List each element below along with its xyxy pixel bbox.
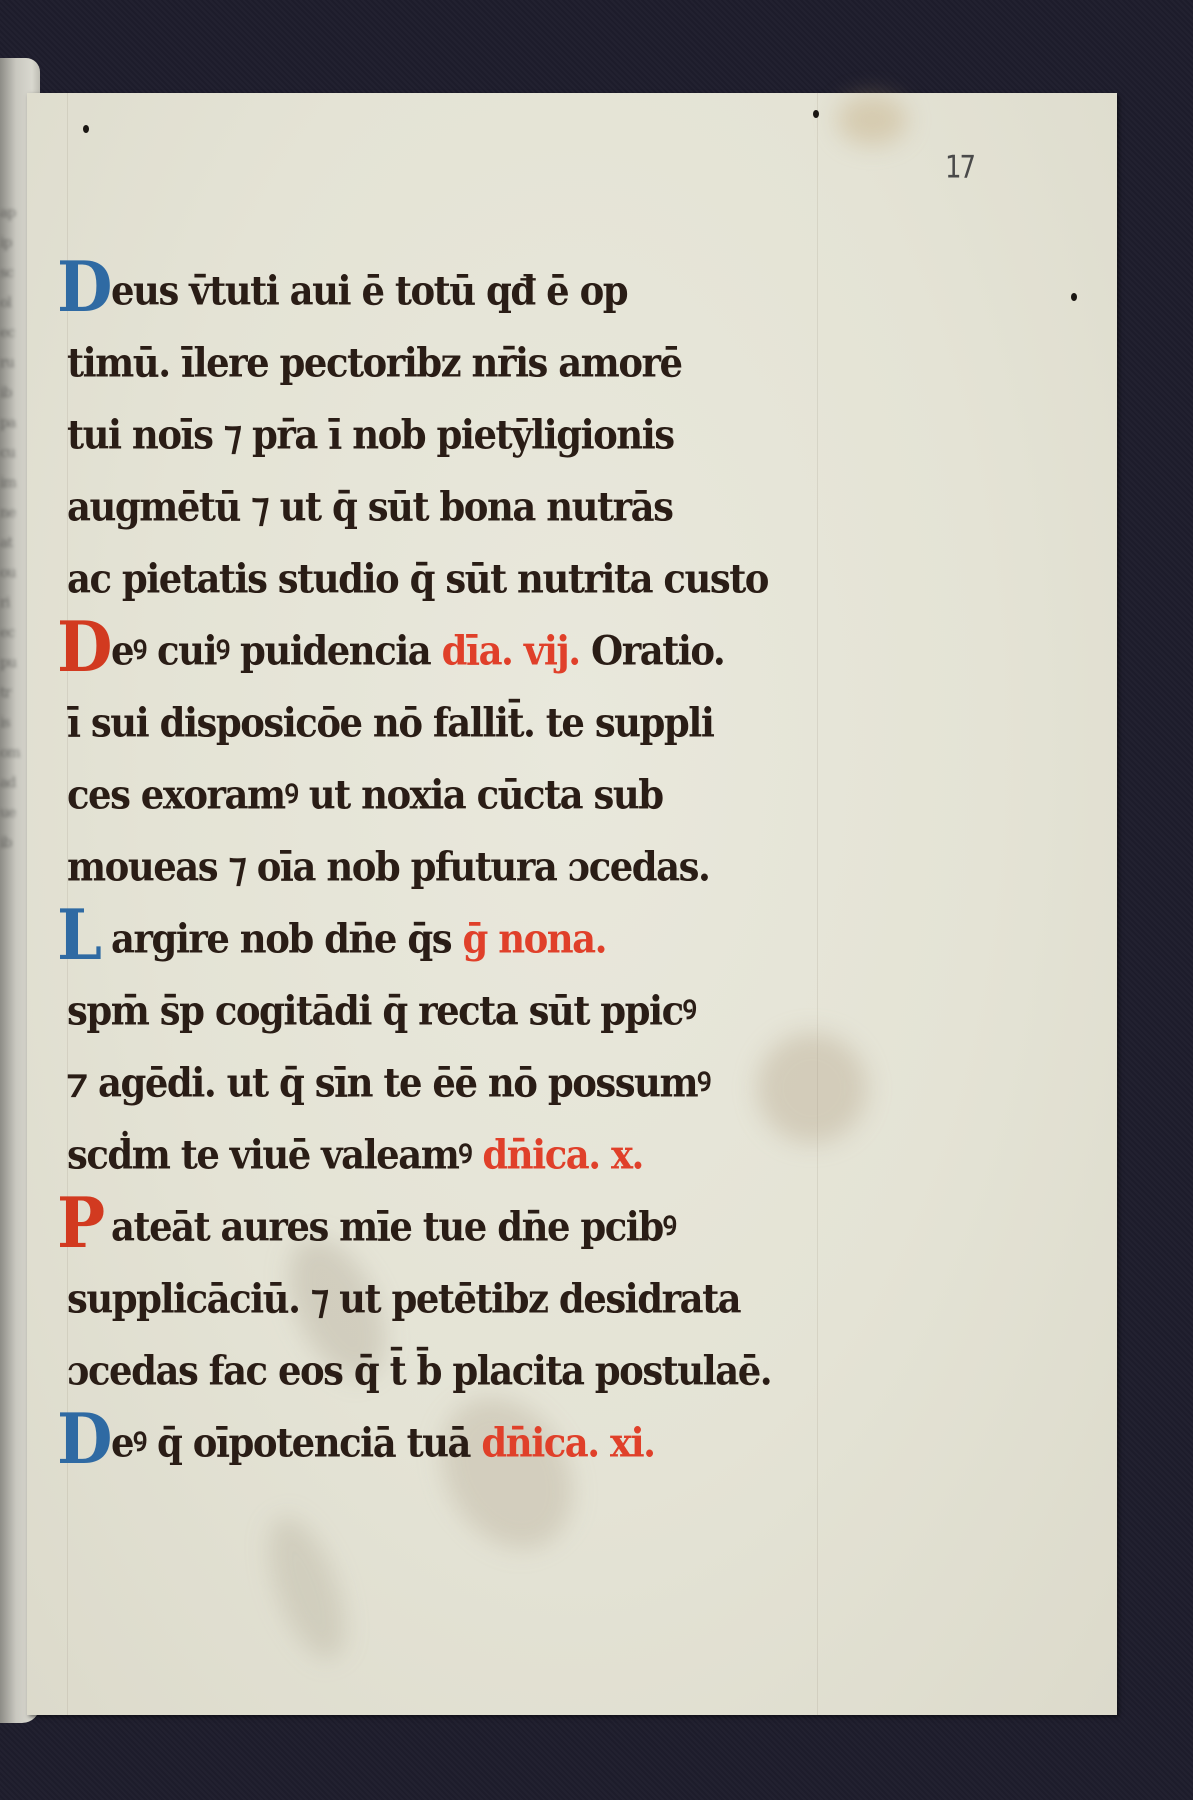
text-line: augmētū ⁊ ut q̄ sūt bona nutrās bbox=[67, 474, 927, 552]
text-line: ces exoramꝰ ut noxia cūcta sub bbox=[67, 762, 927, 840]
decorated-initial: D bbox=[57, 614, 111, 683]
pricking-mark bbox=[813, 110, 819, 118]
decorated-initial: D bbox=[57, 1406, 111, 1475]
stain bbox=[837, 95, 907, 145]
decorated-initial: L bbox=[57, 902, 101, 971]
text-line: supplicāciū. ⁊ ut petētibz desidrata bbox=[67, 1266, 927, 1344]
rubric: dn̄ica. x. bbox=[482, 1131, 643, 1179]
text-line: ⁊ agēdi. ut q̄ sīn te ēē nō possumꝰ bbox=[67, 1050, 927, 1128]
text-line: L argire nob dn̄e q̄s ḡ nona. bbox=[67, 906, 927, 984]
rubric: dīa. vij. bbox=[442, 627, 580, 675]
text-line: ɔcedas fac eos q̄ t̄ b̄ placita postulaē… bbox=[67, 1338, 927, 1416]
folio-number: 17 bbox=[945, 150, 974, 186]
text-line: D eus v̄tuti aui ē totū qđ ē op bbox=[67, 258, 927, 336]
rubric: ḡ nona. bbox=[462, 915, 606, 963]
text-line: scḋm te viuē valeamꝰ dn̄ica. x. bbox=[67, 1122, 927, 1200]
text-line: P ateāt aures mīe tue dn̄e pcibꝰ bbox=[67, 1194, 927, 1272]
text-line: tui noīs ⁊ pr̄a ī nob pietȳligionis bbox=[67, 402, 927, 480]
bleed-through-text: ap ip sc ol ec ru ib pa cu im ne at ou r… bbox=[0, 198, 26, 858]
text-line: ī sui disposicōe nō fallit̄. te suppli bbox=[67, 690, 927, 768]
text-line: D eꝰ cuiꝰ puidencia dīa. vij. Oratio. bbox=[67, 618, 927, 696]
stain bbox=[253, 1507, 361, 1668]
text-line: D eꝰ q̄ oīpotenciā tuā dn̄ica. xi. bbox=[67, 1410, 927, 1488]
manuscript-page: 17 D eus v̄tuti aui ē totū qđ ē op timū.… bbox=[27, 93, 1117, 1715]
decorated-initial: D bbox=[57, 254, 111, 323]
text-line: timū. īlere pectoribz nr̄is amorē bbox=[67, 330, 927, 408]
pricking-mark bbox=[83, 125, 89, 133]
text-line: moueas ⁊ oīa nob pfutura ɔcedas. bbox=[67, 834, 927, 912]
rubric: dn̄ica. xi. bbox=[481, 1419, 654, 1467]
text-line: ac pietatis studio q̄ sūt nutrita custo bbox=[67, 546, 927, 624]
text-line: spm̄ s̄p cogitādi q̄ recta sūt ppicꝰ bbox=[67, 978, 927, 1056]
pricking-mark bbox=[1071, 293, 1077, 301]
decorated-initial: P bbox=[57, 1190, 104, 1259]
text-block: D eus v̄tuti aui ē totū qđ ē op timū. īl… bbox=[67, 261, 927, 1485]
